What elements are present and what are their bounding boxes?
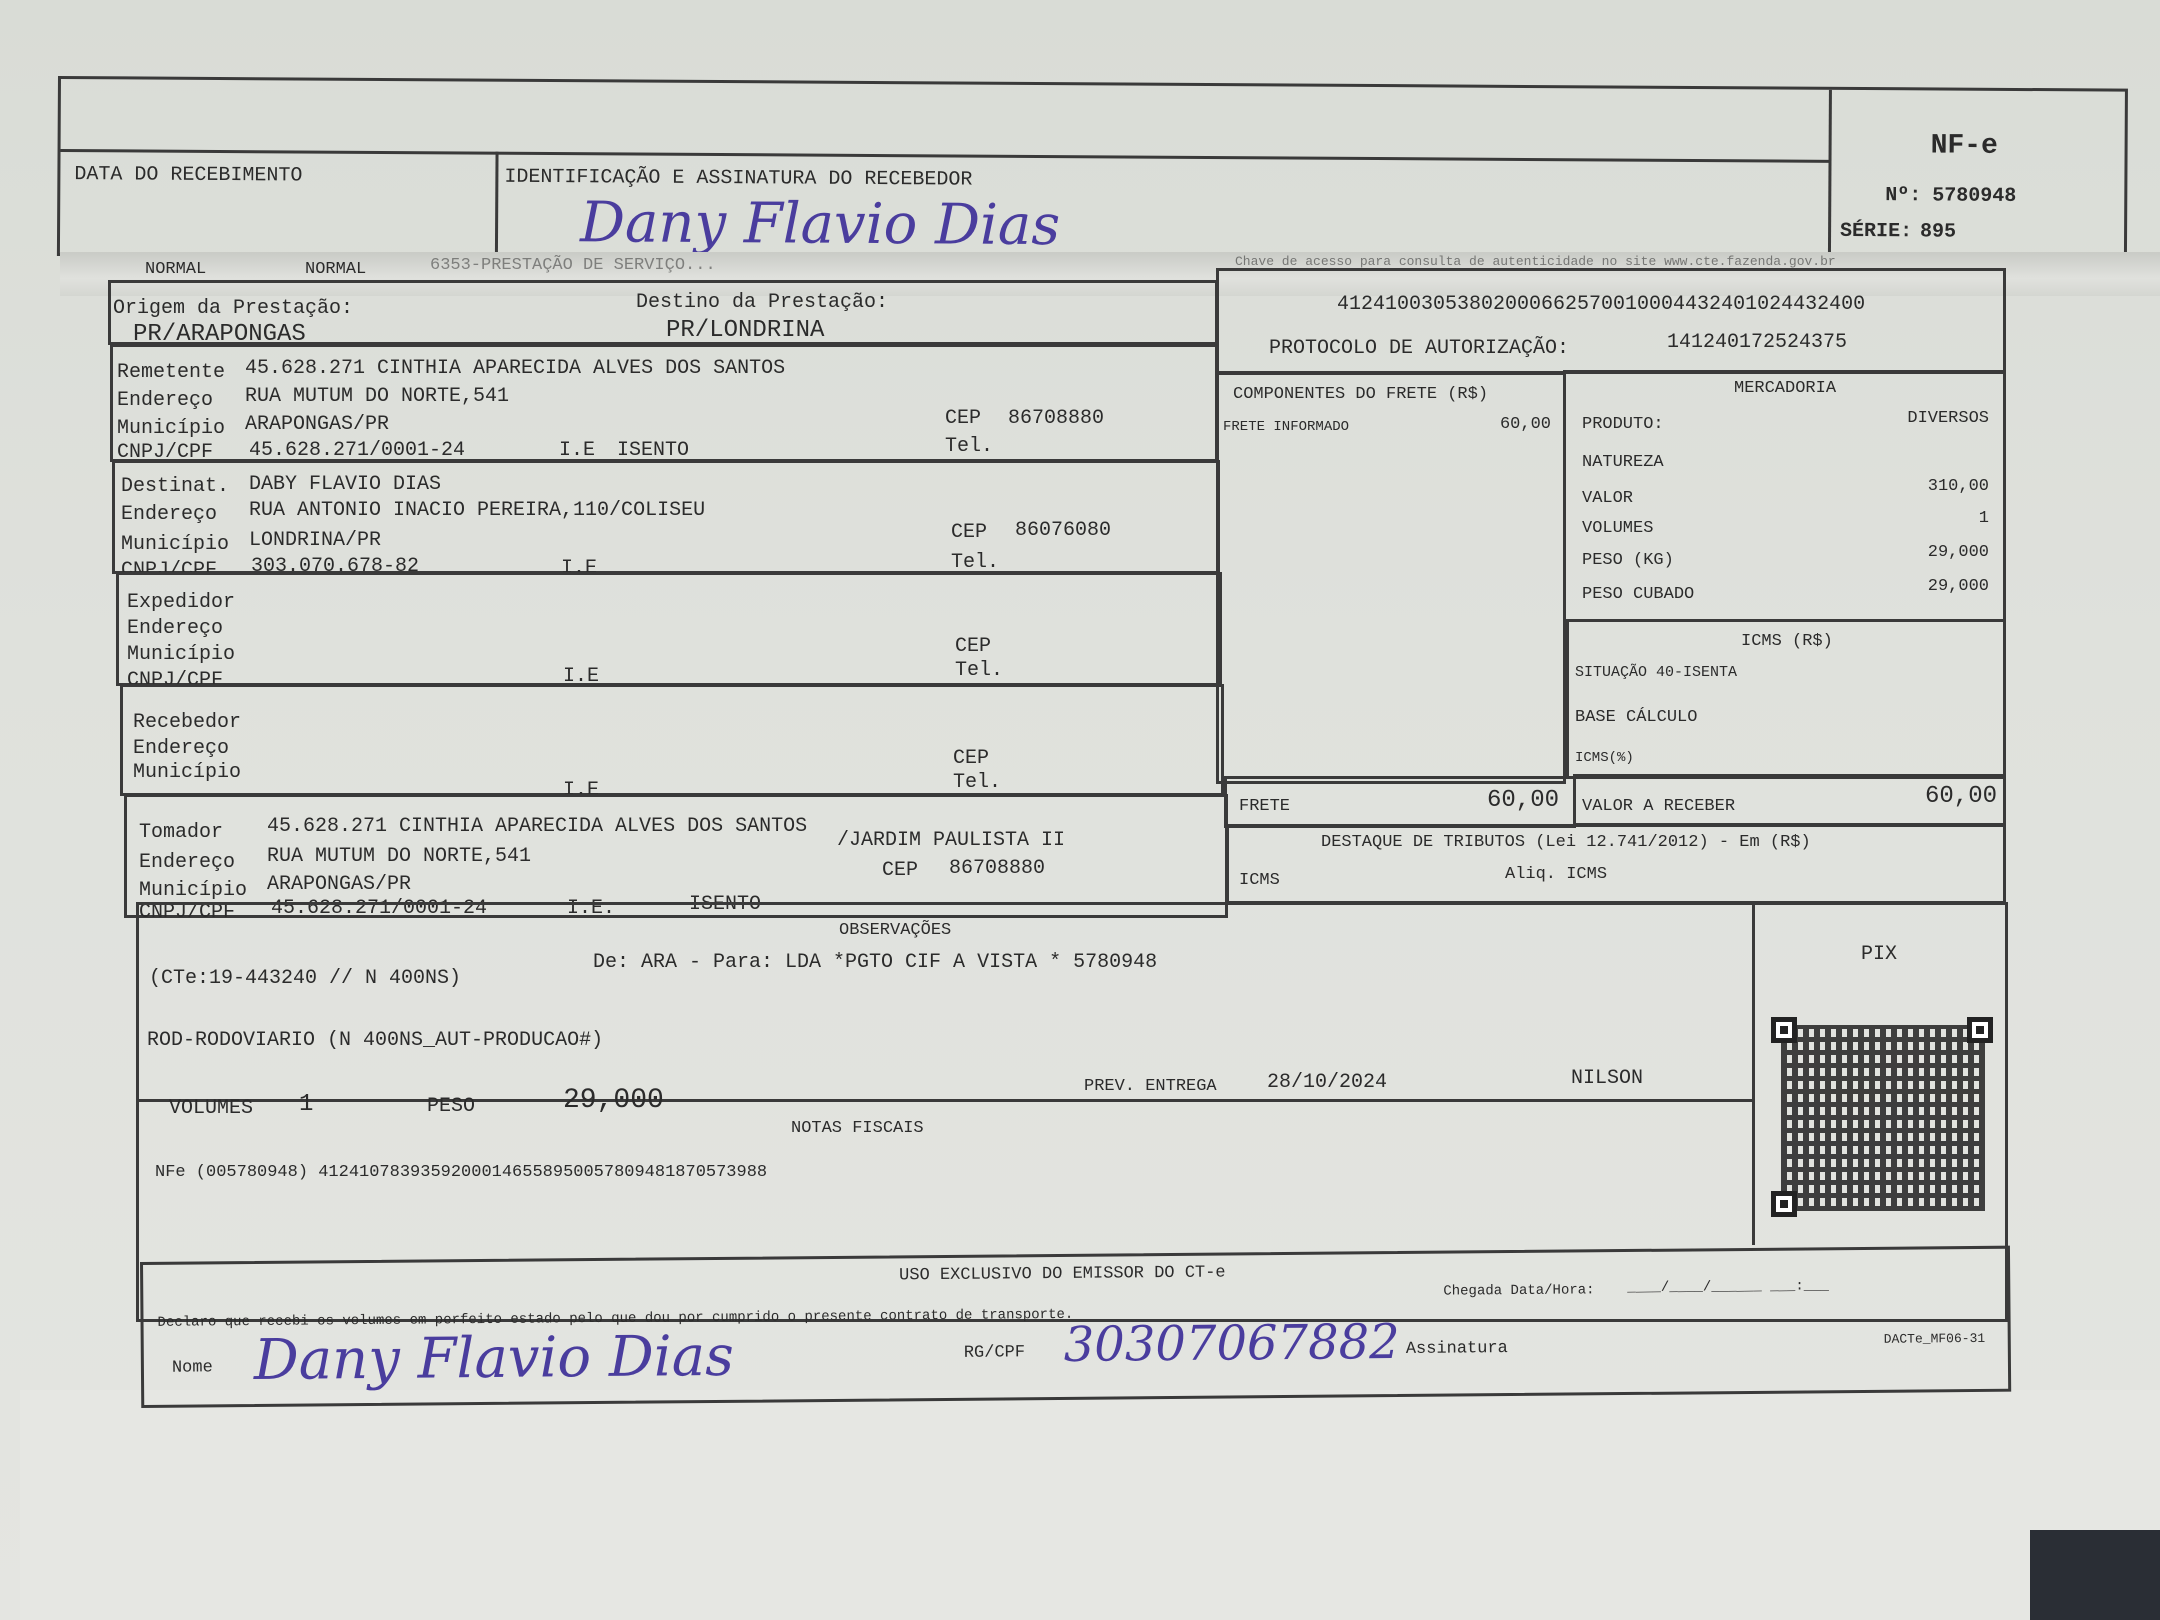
cubed-weight-value: 29,000: [1928, 577, 1989, 596]
volumes-label: VOLUMES: [1582, 519, 1653, 538]
receiver-city-label: Município: [133, 761, 241, 784]
recipient-tel-label: Tel.: [951, 551, 999, 574]
obs-weight-label: PESO: [427, 1095, 475, 1118]
shipper-city-label: Município: [127, 643, 235, 666]
recipient-cep: 86076080: [1015, 519, 1111, 542]
icms-title: ICMS (R$): [1741, 632, 1833, 651]
freight-item-value: 60,00: [1500, 415, 1551, 434]
service-type: NORMAL: [145, 260, 206, 279]
origin-label: Origem da Prestação:: [113, 297, 353, 320]
cubed-weight-label: PESO CUBADO: [1582, 585, 1694, 604]
sender-address-label: Endereço: [117, 389, 213, 412]
value-amount: 310,00: [1928, 477, 1989, 496]
merchandise-title: MERCADORIA: [1734, 379, 1836, 398]
shipper-address-label: Endereço: [127, 617, 223, 640]
icms-situation: SITUAÇÃO 40-ISENTA: [1575, 664, 1737, 681]
product-value: DIVERSOS: [1907, 409, 1989, 428]
payer-city-label: Município: [139, 879, 247, 902]
receiver-tel-label: Tel.: [953, 771, 1001, 794]
obs-volumes-label: VOLUMES: [169, 1097, 253, 1120]
receivable-value: 60,00: [1925, 783, 1997, 810]
sender-cep: 86708880: [1008, 407, 1104, 430]
sender-address: RUA MUTUM DO NORTE,541: [245, 385, 509, 408]
nfe-title: NF-e: [1931, 130, 1998, 161]
volumes-value: 1: [1979, 509, 1989, 528]
nfe-number-label: Nº:: [1885, 184, 1921, 207]
freight-total-value: 60,00: [1487, 787, 1559, 814]
sender-ie-label: I.E: [559, 439, 595, 462]
payer-address-label: Endereço: [139, 851, 235, 874]
receivable-label: VALOR A RECEBER: [1582, 797, 1735, 816]
sender-city: ARAPONGAS/PR: [245, 413, 389, 436]
recipient-address: RUA ANTONIO INACIO PEREIRA,110/COLISEU: [249, 499, 705, 522]
name-label: Nome: [172, 1358, 213, 1377]
protocol-label: PROTOCOLO DE AUTORIZAÇÃO:: [1269, 337, 1569, 360]
delivery-date: 28/10/2024: [1267, 1071, 1387, 1094]
weight-value: 29,000: [1928, 543, 1989, 562]
arrival-label: Chegada Data/Hora:: [1443, 1282, 1594, 1299]
destination-label: Destino da Prestação:: [636, 291, 888, 314]
pix-qr-code-icon[interactable]: [1771, 1017, 1993, 1217]
pix-label: PIX: [1861, 943, 1897, 966]
emitter-use-title: USO EXCLUSIVO DO EMISSOR DO CT-e: [899, 1264, 1226, 1286]
receiver-address-label: Endereço: [133, 737, 229, 760]
receiver-label: Recebedor: [133, 711, 241, 734]
nature-label: NATUREZA: [1582, 453, 1664, 472]
receivable-box: VALOR A RECEBER 60,00: [1573, 774, 2006, 826]
payer-cep: 86708880: [949, 857, 1045, 880]
sender-name: 45.628.271 CINTHIA APARECIDA ALVES DOS S…: [245, 357, 785, 380]
payer-box: CNPJ/CPF Tomador 45.628.271 CINTHIA APAR…: [124, 794, 1228, 918]
receipt-date-label: DATA DO RECEBIMENTO: [74, 163, 302, 187]
sender-tel-label: Tel.: [945, 435, 993, 458]
arrival-datetime-field[interactable]: ____/____/______ ___:___: [1627, 1278, 1829, 1296]
sender-box: Remetente 45.628.271 CINTHIA APARECIDA A…: [110, 344, 1218, 462]
sender-ie: ISENTO: [617, 439, 689, 462]
recipient-city-label: Município: [121, 533, 229, 556]
obs-volumes-value: 1: [299, 1091, 313, 1118]
icms-pct-label: ICMS(%): [1575, 750, 1634, 766]
sender-city-label: Município: [117, 417, 225, 440]
shipper-label: Expedidor: [127, 591, 235, 614]
access-key-box: 4124100305380200066257001000443240102443…: [1216, 268, 2006, 374]
taxes-title: DESTAQUE DE TRIBUTOS (Lei 12.741/2012) -…: [1321, 833, 1811, 852]
receipt-stub: DATA DO RECEBIMENTO IDENTIFICAÇÃO E ASSI…: [57, 76, 2128, 269]
payer-address: RUA MUTUM DO NORTE,541: [267, 845, 531, 868]
invoices-title: NOTAS FISCAIS: [791, 1119, 924, 1138]
rg-label: RG/CPF: [964, 1343, 1025, 1363]
sender-cep-label: CEP: [945, 407, 981, 430]
sender-cnpj: 45.628.271/0001-24: [249, 439, 465, 462]
receiver-cep-label: CEP: [953, 747, 989, 770]
access-key-label: Chave de acesso para consulta de autenti…: [1235, 254, 1836, 269]
shipper-cep-label: CEP: [955, 635, 991, 658]
payer-label: Tomador: [139, 821, 223, 844]
taxes-box: DESTAQUE DE TRIBUTOS (Lei 12.741/2012) -…: [1226, 824, 2006, 904]
receiver-signature: Dany Flavio Dias: [580, 190, 1060, 258]
recipient-label: Destinat.: [121, 475, 229, 498]
observation-cte: (CTe:19-443240 // N 400NS): [149, 967, 461, 990]
icms-base-label: BASE CÁLCULO: [1575, 708, 1697, 727]
nfe-number: 5780948: [1932, 184, 2016, 208]
paper-background: [20, 1390, 2160, 1620]
driver-name: NILSON: [1571, 1067, 1643, 1090]
icms-box: ICMS (R$) SITUAÇÃO 40-ISENTA BASE CÁLCUL…: [1566, 619, 2006, 779]
table-surface: [2030, 1530, 2160, 1620]
weight-label: PESO (KG): [1582, 551, 1674, 570]
nfe-series: 895: [1920, 220, 1956, 243]
freight-total-box: FRETE 60,00: [1224, 776, 1576, 828]
emitter-use-box: USO EXCLUSIVO DO EMISSOR DO CT-e Declaro…: [140, 1246, 2011, 1408]
freight-item-label: FRETE INFORMADO: [1223, 419, 1349, 435]
taxes-aliq-label: Aliq. ICMS: [1505, 865, 1607, 884]
recipient-box: Destinat. DABY FLAVIO DIAS Endereço RUA …: [112, 460, 1220, 574]
nfe-series-label: SÉRIE:: [1840, 220, 1912, 243]
delivery-label: PREV. ENTREGA: [1084, 1077, 1217, 1096]
taxes-icms-label: ICMS: [1239, 871, 1280, 890]
receiver-id-label: IDENTIFICAÇÃO E ASSINATURA DO RECEBEDOR: [504, 166, 972, 192]
recipient-address-label: Endereço: [121, 503, 217, 526]
value-label: VALOR: [1582, 489, 1633, 508]
obs-weight-value: 29,000: [563, 1085, 664, 1116]
receiver-box: Recebedor Endereço Município CEP CNPJ/CP…: [120, 684, 1224, 796]
freight-components-box: COMPONENTES DO FRETE (R$) FRETE INFORMAD…: [1216, 372, 1566, 784]
shipper-tel-label: Tel.: [955, 659, 1003, 682]
recipient-cep-label: CEP: [951, 521, 987, 544]
shipper-box: Expedidor Endereço Município CEP CNPJ/CP…: [116, 572, 1222, 686]
observation-route: De: ARA - Para: LDA *PGTO CIF A VISTA * …: [593, 951, 1157, 974]
route-box: Origem da Prestação: PR/ARAPONGAS Destin…: [108, 280, 1218, 345]
product-label: PRODUTO:: [1582, 415, 1664, 434]
freight-total-label: FRETE: [1239, 797, 1290, 816]
protocol-number: 141240172524375: [1667, 331, 1847, 354]
payer-city: ARAPONGAS/PR: [267, 873, 411, 896]
observation-mode: ROD-RODOVIARIO (N 400NS_AUT-PRODUCAO#): [147, 1029, 603, 1052]
merchandise-box: MERCADORIA PRODUTO: DIVERSOS NATUREZA VA…: [1563, 370, 2006, 622]
signature-label: Assinatura: [1406, 1339, 1508, 1359]
observations-title: OBSERVAÇÕES: [839, 921, 951, 940]
payer-district: /JARDIM PAULISTA II: [837, 829, 1065, 852]
invoice-item: NFe (005780948) 412410783935920001465589…: [155, 1163, 767, 1182]
service-type-2: NORMAL: [305, 260, 366, 279]
cfop-text: 6353-PRESTAÇÃO DE SERVIÇO...: [430, 256, 716, 275]
payer-cep-label: CEP: [882, 859, 918, 882]
access-key: 4124100305380200066257001000443240102443…: [1337, 293, 1865, 316]
form-code: DACTe_MF06-31: [1884, 1331, 1986, 1347]
rg-handwritten: 30307067882: [1064, 1314, 1400, 1373]
freight-components-title: COMPONENTES DO FRETE (R$): [1233, 385, 1488, 404]
recipient-city: LONDRINA/PR: [249, 529, 381, 552]
name-signature: Dany Flavio Dias: [254, 1324, 734, 1393]
recipient-name: DABY FLAVIO DIAS: [249, 473, 441, 496]
sender-label: Remetente: [117, 361, 225, 384]
payer-name: 45.628.271 CINTHIA APARECIDA ALVES DOS S…: [267, 815, 807, 838]
destination-value: PR/LONDRINA: [666, 317, 824, 344]
